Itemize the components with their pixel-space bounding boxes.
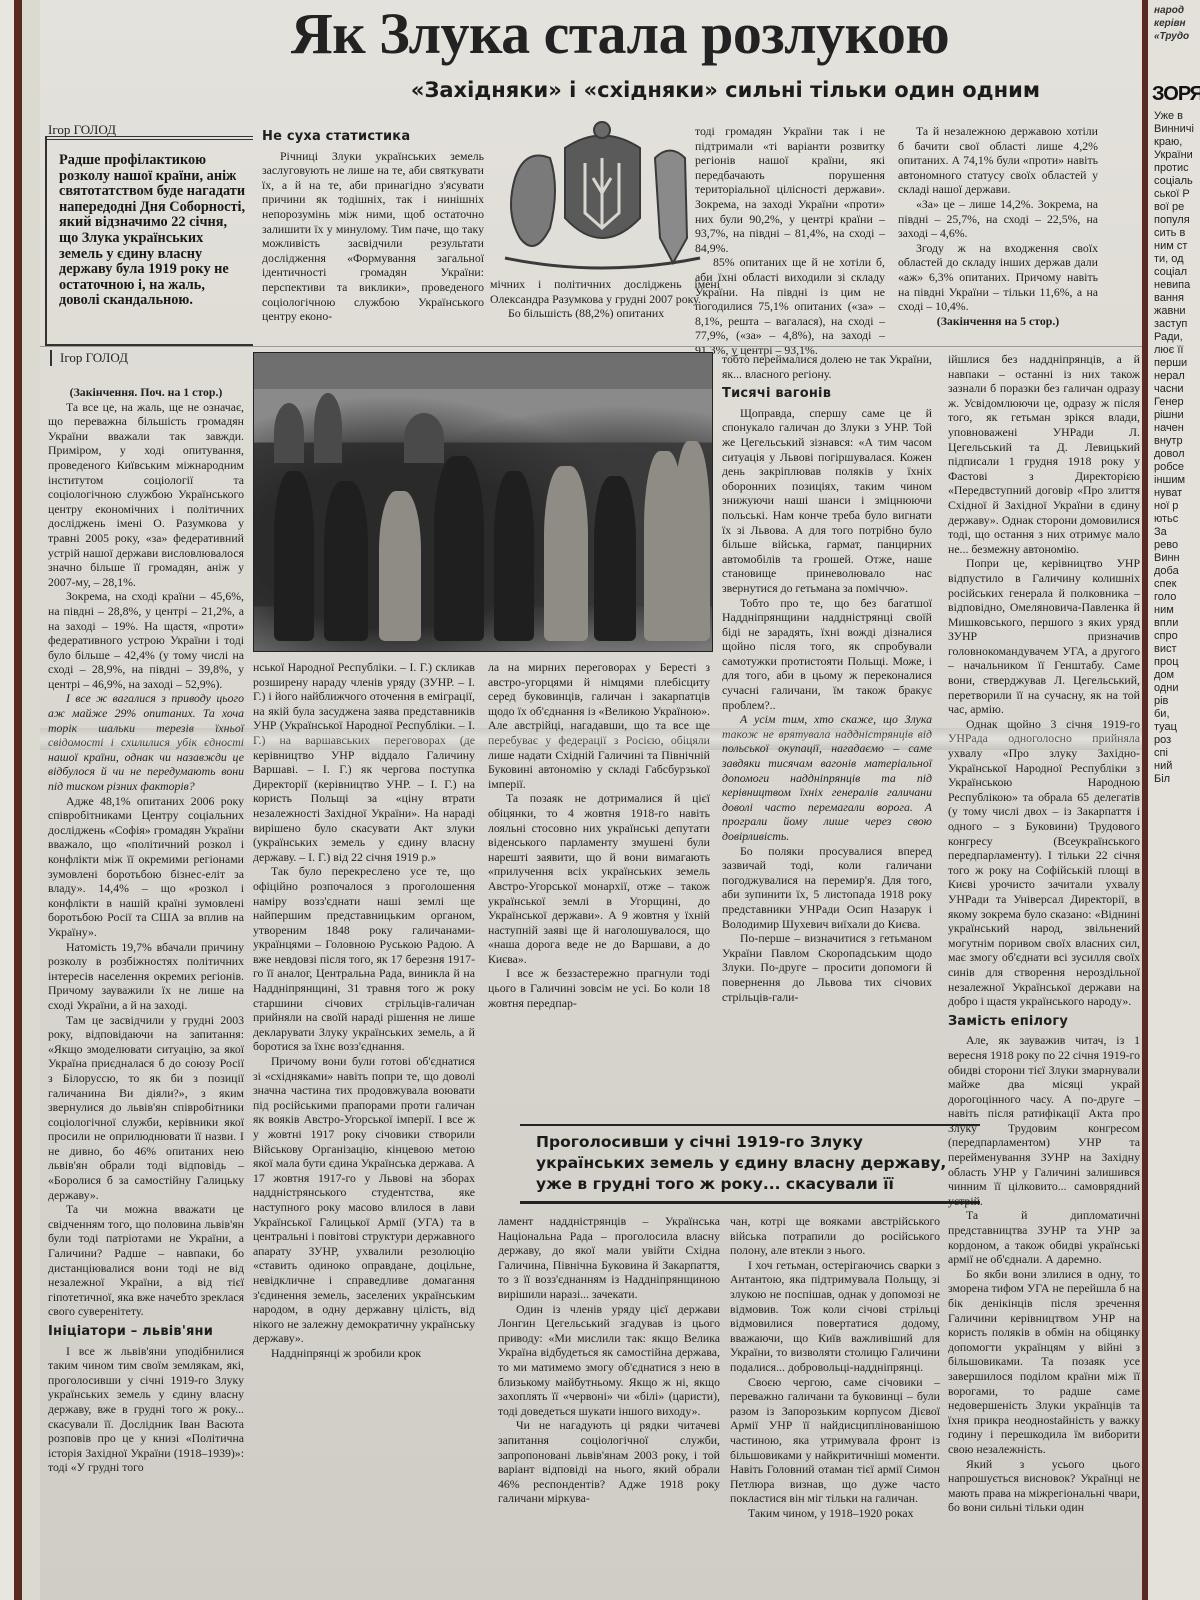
paragraph: Щоправда, спершу саме це й спонукало гал…: [722, 406, 932, 596]
photo-church-dome: [314, 393, 342, 463]
photo-figure: [674, 441, 710, 641]
headline: Як Злука стала розлукою: [170, 2, 1070, 66]
adjacent-body-fragment: Уже в Винничі краю, України протис соціа…: [1148, 110, 1200, 786]
paragraph: Натомість 19,7% вбачали причину розколу …: [48, 940, 244, 1013]
paragraph: Один із членів уряду цієї держави Лонгин…: [498, 1302, 720, 1419]
section-title-instead-of-epilogue: Замість епілогу: [948, 1015, 1140, 1030]
paragraph: А усім тим, хто скаже, що Злука також не…: [722, 712, 932, 843]
paragraph: І все ж львів'яни уподібнилися таким чин…: [48, 1344, 244, 1475]
paragraph: ламент наддністрянців – Українська Націо…: [498, 1214, 720, 1302]
newspaper-page: Як Злука стала розлукою «Західняки» і «с…: [40, 0, 1142, 1600]
paragraph: І все ж вагалися з приводу цього аж майж…: [48, 691, 244, 793]
paragraph: Тобто про те, що без багатшої Наддніпрян…: [722, 596, 932, 713]
paragraph: Там це засвідчили у грудні 2003 року, ві…: [48, 1013, 244, 1203]
paragraph: Однак щойно 3 січня 1919-го УНРада одног…: [948, 717, 1140, 1009]
paragraph: Бо більшість (88,2%) опитаних: [490, 306, 720, 321]
section-title-not-dry-statistics: Не суха статистика: [262, 130, 484, 145]
lead-text: Радше профілактикою розколу нашої країни…: [59, 153, 249, 309]
photo-figure: [544, 466, 588, 641]
photo-church-dome: [404, 413, 444, 463]
p5-column-5: ійшлися без наддніпрянців, а й навпаки –…: [948, 352, 1140, 1515]
paragraph: І все ж беззастережно прагнули тоді цьог…: [488, 966, 710, 1010]
paragraph: нської Народної Республіки. – І. Г.) скл…: [253, 660, 475, 864]
p5-column-2: нської Народної Республіки. – І. Г.) скл…: [253, 660, 475, 1361]
paragraph: Чи не нагадують ці рядки читачеві запита…: [498, 1418, 720, 1506]
paragraph: ійшлися без наддніпрянців, а й навпаки –…: [948, 352, 1140, 556]
paragraph: Та все це, на жаль, ще не означає, що пе…: [48, 400, 244, 590]
adjacent-page-strip: народ керівн «Трудо ЗОРЯ Уже в Винничі к…: [1142, 0, 1200, 1600]
p5-column-4-bottom: чан, котрі ще вояками австрійського війс…: [730, 1214, 940, 1520]
paragraph: «За» це – лише 14,2%. Зокрема, на півдні…: [898, 197, 1098, 241]
photo-church-dome: [274, 403, 304, 463]
photo-figure: [274, 471, 314, 641]
paragraph: Зокрема, на сході країни – 45,6%, на пів…: [48, 589, 244, 691]
paragraph: Таким чином, у 1918–1920 роках: [730, 1506, 940, 1521]
section-title-initiators: Ініціатори – львів'яни: [48, 1325, 244, 1340]
paragraph: По-перше – визначитися з гетьманом Украї…: [722, 931, 932, 1004]
p1-column-4: Та й незалежною державою хотіли б бачити…: [898, 124, 1098, 328]
pull-quote: Проголосивши у січні 1919-го Злуку украї…: [520, 1124, 980, 1204]
continued-note: (Закінчення на 5 стор.): [898, 314, 1098, 329]
paragraph: Згоду ж на входження своїх областей до с…: [898, 241, 1098, 314]
subheadline: «Західняки» і «східняки» сильні тільки о…: [210, 78, 1040, 102]
paragraph: 85% опитаних ще й не хотіли б, аби їхні …: [695, 255, 885, 357]
paragraph: Своєю чергою, саме січовики – переважно …: [730, 1375, 940, 1506]
paragraph: Причому вони були готові об'єднатися зі …: [253, 1054, 475, 1346]
paragraph: Бо поляки просувалися вперед зазвичай то…: [722, 844, 932, 932]
p5-column-1: (Закінчення. Поч. на 1 стор.) Та все це,…: [48, 385, 244, 1475]
photo-figure: [494, 471, 534, 641]
continued-from: (Закінчення. Поч. на 1 стор.): [48, 385, 244, 400]
byline-continued: Ігор ГОЛОД: [50, 350, 128, 366]
paragraph: І хоч гетьман, остерігаючись сварки з Ан…: [730, 1258, 940, 1375]
paragraph: Адже 48,1% опитаних 2006 року співробітн…: [48, 794, 244, 940]
paragraph: мічних і політичних досліджень імені Оле…: [490, 277, 720, 306]
p1-column-1: Не суха статистика Річниці Злуки українс…: [262, 124, 484, 324]
paragraph: Попри це, керівництво УНР відпустило в Г…: [948, 556, 1140, 717]
photo-figure: [594, 476, 636, 641]
paragraph: Який з усього цього напрошується висново…: [948, 1457, 1140, 1515]
paragraph: Так було перекреслено усе те, що офіційн…: [253, 864, 475, 1054]
paragraph: тоді громадян України так і не підтримал…: [695, 124, 885, 255]
paragraph: Та позаяк не дотрималися й цієї обіцянки…: [488, 791, 710, 966]
paragraph: Річниці Злуки українських земель заслуго…: [262, 149, 484, 324]
historical-photo: [253, 352, 713, 652]
paragraph: ла на мирних переговорах у Бересті з авс…: [488, 660, 710, 791]
page-divider: [40, 346, 1142, 347]
coat-of-arms-icon: [495, 118, 710, 270]
p5-column-3: ла на мирних переговорах у Бересті з авс…: [488, 660, 710, 1010]
section-title-thousands-of-wagons: Тисячі вагонів: [722, 387, 932, 402]
p5-column-4: тобто переймалися долею не так України, …: [722, 352, 932, 1004]
paragraph: Та й дипломатичні представництва ЗУНР та…: [948, 1208, 1140, 1266]
paragraph: Але, як зауважив читач, із 1 вересня 191…: [948, 1033, 1140, 1208]
paragraph: Та чи можна вважати це свідченням того, …: [48, 1202, 244, 1319]
adjacent-headline-fragment: ЗОРЯ: [1148, 43, 1200, 110]
photo-figure: [379, 491, 421, 641]
photo-figure: [324, 481, 368, 641]
lead-box: Радше профілактикою розколу нашої країни…: [45, 136, 253, 346]
paragraph: Та й незалежною державою хотіли б бачити…: [898, 124, 1098, 197]
coat-caption: мічних і політичних досліджень імені Оле…: [490, 277, 720, 321]
page-left-edge: [0, 0, 44, 1600]
paragraph: тобто переймалися долею не так України, …: [722, 352, 932, 381]
paragraph: Наддніпрянці ж зробили крок: [253, 1346, 475, 1361]
photo-figure: [434, 456, 484, 641]
adjacent-top-fragment: народ керівн «Трудо: [1148, 0, 1200, 43]
p1-column-3: тоді громадян України так і не підтримал…: [695, 124, 885, 358]
paragraph: чан, котрі ще вояками австрійського війс…: [730, 1214, 940, 1258]
p5-column-3-bottom: ламент наддністрянців – Українська Націо…: [498, 1214, 720, 1506]
paragraph: Бо якби вони злилися в одну, то зморена …: [948, 1267, 1140, 1457]
